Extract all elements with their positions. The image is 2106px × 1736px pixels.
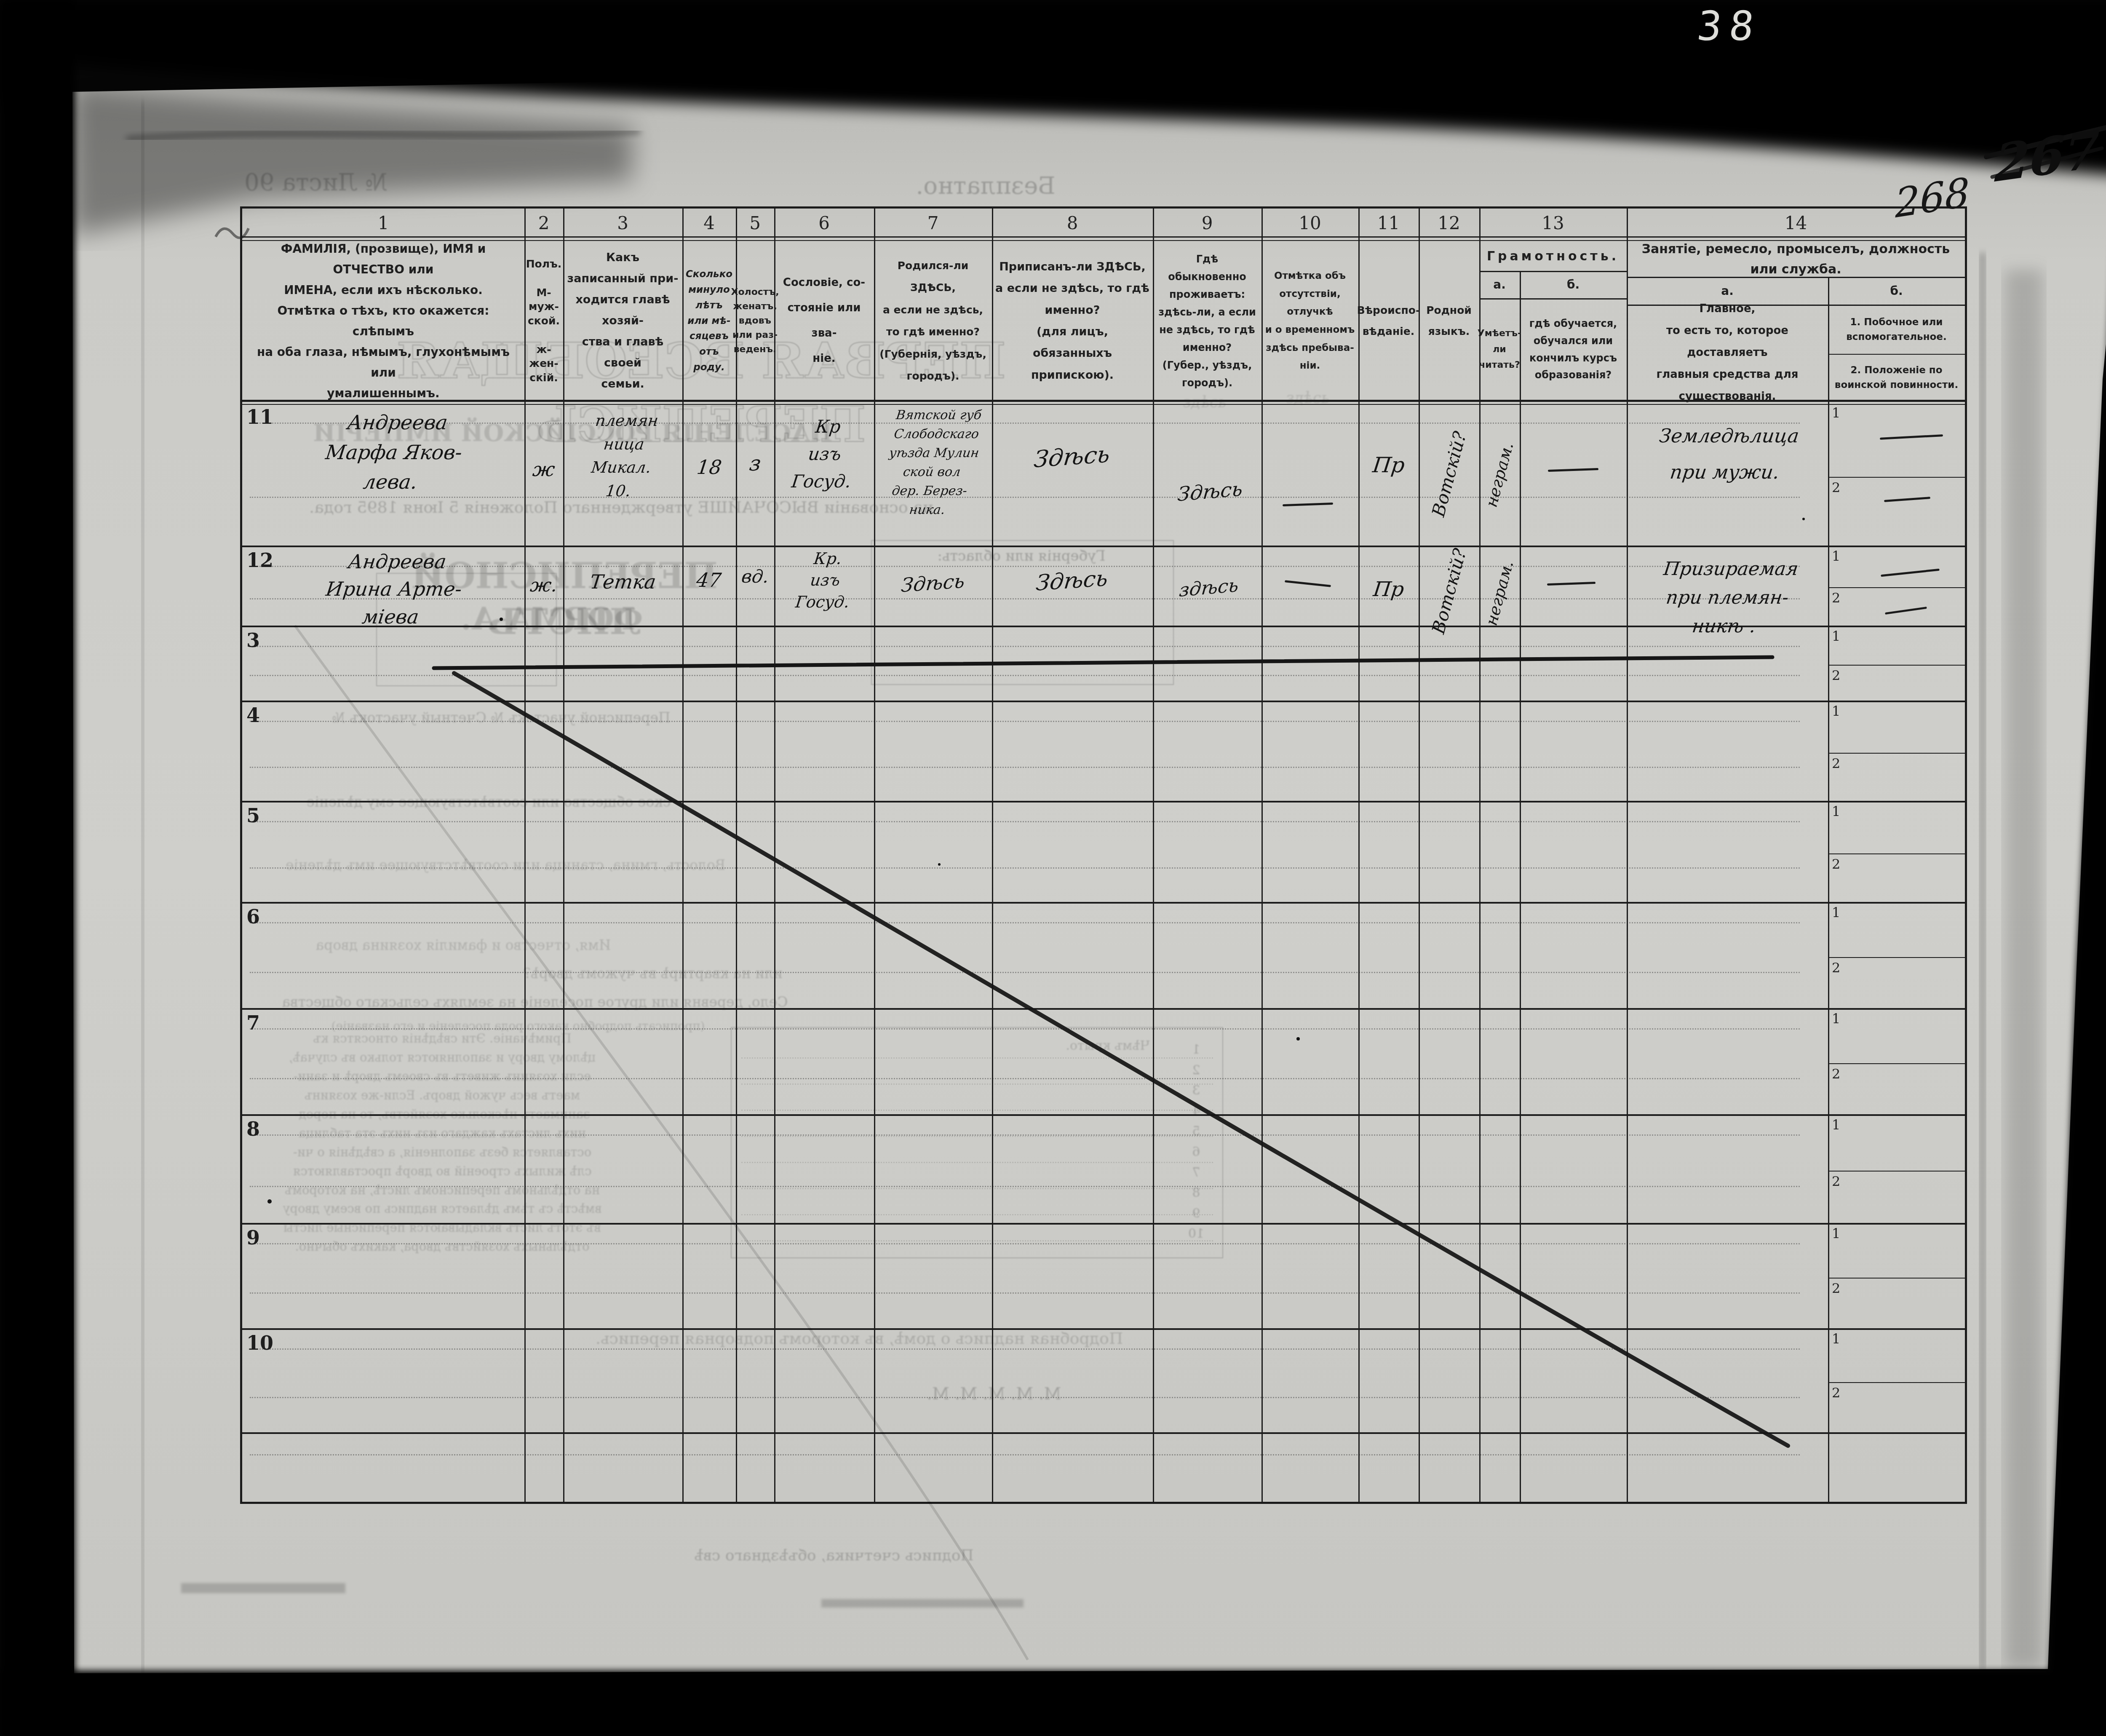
entry-11-estate: Кр изъ Госуд.	[772, 413, 877, 495]
table-column-line	[1358, 209, 1360, 1502]
table-row-line	[242, 236, 1965, 238]
entry-12-language: Вотскій?	[1377, 533, 1521, 649]
subrow-label-1: 1	[1832, 405, 1854, 421]
subrow-label-2: 2	[1832, 755, 1854, 771]
header-literacy-title: Грамотность.	[1483, 242, 1623, 271]
table-row-line	[242, 404, 1965, 405]
subrow-label-1: 1	[1832, 703, 1854, 719]
table-row-line	[1828, 587, 1965, 588]
table-column-line	[563, 209, 564, 1502]
stray-pen-squiggle	[216, 228, 249, 238]
column-number-4: 4	[682, 213, 736, 233]
page-number-strike	[1986, 126, 2106, 157]
header-name-column: ФАМИЛІЯ, (прозвище), ИМЯ и ОТЧЕСТВО или …	[246, 242, 521, 400]
table-column-line	[992, 209, 993, 1502]
folio-number: 268	[1895, 162, 1970, 234]
column-number-2: 2	[524, 213, 563, 233]
subrow-label-1: 1	[1832, 1117, 1854, 1133]
row-number-11: 11	[246, 406, 284, 428]
header-literacy-education: гдѣ обучается, обучался или кончилъ курс…	[1523, 299, 1623, 400]
table-row-line	[1828, 1278, 1965, 1279]
row-guide-dots	[250, 497, 1800, 498]
column-number-13: 13	[1479, 213, 1627, 233]
header-language-column: Родной языкъ.	[1422, 242, 1476, 400]
bleedthrough-box-0	[871, 540, 1174, 685]
entry-12-name: Андреева Ирина Арте- міева	[267, 548, 521, 631]
entry-11-registered: Здѣсь	[998, 434, 1146, 479]
entry-12-marital: вд.	[735, 563, 775, 590]
table-column-line	[874, 209, 875, 1502]
entry-11-name: Андреева Марфа Яков- лева.	[266, 408, 521, 498]
bleedthrough-fragment-14: (прописать подробно какого рода поселені…	[295, 1019, 741, 1034]
bleedthrough-table-row	[741, 1214, 1213, 1215]
bleedthrough-box-1	[376, 573, 557, 686]
entry-11-language: Вотскій?	[1377, 416, 1521, 532]
table-row-line	[1828, 853, 1965, 854]
black-backdrop	[0, 0, 2106, 1736]
bleedthrough-fragment-13: Село, деревня или другое поселеніе на зе…	[265, 993, 804, 1011]
bleedthrough-fragment-18: Подробная надпись о домѣ, въ которомъ по…	[484, 1328, 1234, 1349]
header-literacy-b-label: б.	[1523, 272, 1623, 298]
bleedthrough-table-row	[741, 1083, 1213, 1085]
bleedthrough-fragment-6: ФОРМА А.	[434, 599, 670, 639]
table-column-line	[524, 209, 526, 1502]
table-row-line	[242, 626, 1965, 627]
subrow-label-2: 2	[1832, 1173, 1854, 1189]
row-guide-dots	[250, 566, 1800, 567]
header-occupation-military: 2. Положеніе по воинской повинности.	[1831, 356, 1962, 400]
bleedthrough-fragment-8: Переписной участокъ № Счетный участокъ №	[265, 709, 737, 727]
subrow-label-2: 2	[1832, 960, 1854, 976]
subrow-label-1: 1	[1832, 548, 1854, 564]
row-number-9: 9	[246, 1226, 284, 1249]
row-guide-dots	[250, 972, 1800, 973]
bleedthrough-fragment-20: Подпись счетчика, объѣзднаго свѣ	[682, 1546, 986, 1566]
table-column-line	[1153, 209, 1154, 1502]
table-row-line	[1479, 271, 1627, 272]
table-row-line	[1828, 1171, 1965, 1172]
row-guide-dots	[250, 1028, 1800, 1030]
row-number-3: 3	[246, 629, 284, 652]
bleedthrough-fragment-22: здѣсь	[1260, 389, 1356, 409]
table-row-line	[242, 1223, 1965, 1225]
table-column-line	[1419, 209, 1420, 1502]
column-number-12: 12	[1419, 213, 1479, 233]
census-table: 1234567891011121314ФАМИЛІЯ, (прозвище), …	[0, 0, 2106, 1736]
table-row-line	[242, 902, 1965, 904]
entry-12-religion: Пр	[1359, 574, 1419, 605]
crossout-horizontal-line	[434, 657, 1772, 668]
row-number-6: 6	[246, 905, 284, 928]
entry-12-residence: здѣсь	[1157, 570, 1261, 607]
bleedthrough-fragment-10: Волость, гмина, станица или соотвѣтствую…	[265, 856, 746, 875]
entry-12-birthplace: Здѣсь	[874, 565, 992, 602]
table-column-line	[682, 209, 684, 1502]
column-number-9: 9	[1153, 213, 1261, 233]
subrow-label-1: 1	[1832, 904, 1854, 920]
bleedthrough-fragment-16: Чѣмъ крыто.	[1028, 1038, 1188, 1054]
table-row-line	[242, 1328, 1965, 1330]
header-literacy-reads: Умѣетъ- ли читать?	[1483, 299, 1516, 400]
entry-12-sex: ж.	[525, 572, 562, 599]
scan-background	[0, 0, 2106, 1736]
printer-imprint-smudge	[181, 1583, 345, 1593]
bleedthrough-fragment-11: Имя, отчество и фамилія хозяина двора	[265, 936, 661, 955]
entry-11-religion: Пр	[1358, 449, 1419, 481]
row-guide-dots	[250, 1348, 1800, 1350]
header-occupation-side: 1. Побочное или вспомогательное.	[1831, 306, 1962, 353]
crossout-diagonal-line	[454, 673, 1788, 1446]
header-birthplace-column: Родился-ли ЗДѢСЬ, а если не здѣсь, то гд…	[877, 242, 989, 400]
entry-11-residence: Здѣсь	[1159, 473, 1262, 511]
subrow-label-1: 1	[1832, 803, 1854, 819]
table-row-line	[242, 701, 1965, 702]
entry-12-education-dash	[1547, 582, 1596, 586]
ink-marks-layer	[0, 0, 2106, 1736]
header-occupation-title: Занятіе, ремесло, промыселъ, должность и…	[1630, 242, 1962, 277]
subrow-label-2: 2	[1832, 667, 1854, 683]
subrow-label-2: 2	[1832, 590, 1854, 606]
bleedthrough-fragment-4: на основаніи ВЫСОЧАЙШЕ утвержденнаго Пол…	[253, 497, 990, 518]
row-number-8: 8	[246, 1118, 284, 1140]
table-column-line	[774, 209, 775, 1502]
bleedthrough-fragment-9: ское общество или соотвѣтствующее ему дѣ…	[265, 793, 712, 811]
entry-11-absence-dash	[1283, 503, 1333, 506]
entry-12-occupation: Призираемая при племян- никѣ .	[1628, 555, 1827, 641]
entry-12-age: 47	[682, 566, 736, 595]
row-guide-dots	[250, 1243, 1800, 1244]
table-row-line	[1828, 354, 1965, 355]
subrow-label-1: 1	[1832, 1011, 1854, 1027]
bleedthrough-fragment-7: Губернія или область:	[885, 547, 1158, 565]
table-row-line	[242, 546, 1965, 547]
header-residence-column: Гдѣ обыкновенно проживаетъ: здѣсь-ли, а …	[1156, 242, 1258, 400]
bleedthrough-fragment-19: М. М. М. М. М.	[741, 1383, 1247, 1405]
row-guide-dots	[250, 821, 1800, 822]
column-number-8: 8	[992, 213, 1153, 233]
subrow-label-1: 1	[1832, 628, 1854, 644]
row-guide-dots	[250, 1292, 1800, 1294]
table-column-line	[1627, 209, 1628, 1502]
table-row-line	[1828, 1063, 1965, 1064]
bleedthrough-fragment-0: № Листа 90	[181, 168, 451, 198]
table-row-line	[1828, 665, 1965, 666]
entry-11-birthplace: Вятской губ Слободскаго уѣзда Мулин ской…	[869, 406, 997, 519]
table-column-line	[1520, 272, 1521, 1502]
annotation-layer: 38 267 268	[0, 0, 2106, 1736]
subrow-label-2: 2	[1832, 1280, 1854, 1296]
row-number-4: 4	[246, 704, 284, 727]
header-absence-column: Отмѣтка объ отсутствіи, отлучкѣ и о врем…	[1265, 242, 1355, 400]
bleedthrough-fragment-21: здѣсь	[1155, 393, 1255, 413]
top-shadow-band	[0, 0, 2106, 177]
microfilm-frame-number: 38	[1695, 3, 1764, 50]
subrow-label-2: 2	[1832, 1385, 1854, 1401]
table-row-line	[242, 1008, 1965, 1010]
column-number-11: 11	[1358, 213, 1419, 233]
row-guide-dots	[250, 1134, 1800, 1136]
entry-12-relation: Тетка	[563, 567, 683, 596]
header-literacy-a-label: а.	[1483, 272, 1516, 298]
subrow-label-2: 2	[1832, 479, 1854, 495]
column-number-6: 6	[774, 213, 874, 233]
bleedthrough-table-row	[741, 1057, 1213, 1059]
column-number-7: 7	[874, 213, 992, 233]
printer-imprint-smudge	[821, 1599, 1024, 1608]
bleedthrough-table-row	[741, 1188, 1213, 1189]
ink-speck	[500, 618, 503, 621]
header-estate-column: Сословіе, со- стояніе или зва- ніе.	[778, 242, 871, 400]
row-guide-dots	[250, 1454, 1800, 1455]
entry-11-literacy: неграм.	[1434, 428, 1565, 522]
table-row-line	[242, 240, 1965, 241]
row-guide-dots	[250, 767, 1800, 768]
row-guide-dots	[250, 721, 1800, 722]
paper-sheet	[72, 72, 2106, 1673]
header-religion-column: Вѣроиспо- вѣданіе.	[1362, 242, 1415, 400]
header-occupation-a-label: а.	[1630, 278, 1825, 305]
column-number-14: 14	[1627, 213, 1965, 233]
entry-12-estate: Кр. изъ Госуд.	[774, 548, 877, 613]
bleedthrough-table-row	[741, 1162, 1213, 1163]
subrow-label-1: 1	[1832, 1331, 1854, 1347]
header-marital-column: Холостъ, женатъ, вдовъ или раз- веденъ.	[739, 242, 771, 400]
table-row-line	[1828, 753, 1965, 754]
entry-11-occupation: Земледѣлица при мужи.	[1632, 418, 1822, 490]
row-guide-dots	[250, 1078, 1800, 1079]
row-number-7: 7	[246, 1011, 284, 1034]
bleedthrough-table-row	[741, 1110, 1213, 1111]
table-row-line	[242, 400, 1965, 402]
entry-11-marital: з	[735, 448, 775, 479]
table-column-line	[736, 209, 737, 1502]
bleedthrough-fragment-1: Безплатно.	[876, 171, 1095, 202]
entry-12-literacy: неграм.	[1432, 546, 1567, 641]
row-guide-dots	[250, 1397, 1800, 1398]
table-row-line	[1828, 957, 1965, 958]
row-guide-dots	[250, 1186, 1800, 1187]
row-guide-dots	[250, 922, 1800, 923]
bleedthrough-fragment-17: 1 2 3 4 5 6 7 8 9 10	[1179, 1040, 1213, 1244]
column-number-3: 3	[563, 213, 682, 233]
bleedthrough-diagonal	[295, 626, 1028, 1660]
row-guide-dots	[250, 598, 1800, 599]
row-number-5: 5	[246, 804, 284, 827]
bleedthrough-fragment-2: ПЕРВАЯ ВСЕОБЩАЯ ПЕРЕПИСЬ	[249, 329, 1154, 457]
entry-12-registered: Здѣсь	[996, 559, 1148, 602]
subrow-label-2: 2	[1832, 856, 1854, 872]
bleedthrough-fragment-15: Примѣчаніе. Эти свѣдѣнія относятся къ цѣ…	[270, 1029, 615, 1256]
table-row-line	[1828, 1382, 1965, 1383]
entry-11-sex: ж	[525, 455, 562, 484]
header-registration-column: Приписанъ-ли ЗДѢСЬ, а если не здѣсь, то …	[995, 242, 1149, 400]
column-number-5: 5	[736, 213, 774, 233]
entry-11-relation: племян ница Микал. 10.	[561, 409, 684, 503]
entry-12-side1-dash	[1881, 569, 1940, 577]
entry-11-side2-dash	[1884, 497, 1930, 502]
column-number-10: 10	[1261, 213, 1358, 233]
row-guide-dots	[250, 867, 1800, 869]
header-sex-column: Полъ. М-муж- ской. ж-жен- скій.	[528, 242, 560, 400]
subrow-label-1: 1	[1832, 1225, 1854, 1241]
folio-number-crossed: 267	[1994, 111, 2101, 203]
table-row-line	[1479, 298, 1627, 300]
subrow-label-2: 2	[1832, 1066, 1854, 1082]
table-row-line	[1627, 277, 1965, 278]
row-guide-dots	[250, 423, 1800, 424]
bleedthrough-table-row	[741, 1136, 1213, 1137]
bleedthrough-table-row	[741, 1240, 1213, 1241]
entry-11-education-dash	[1548, 468, 1598, 472]
table-row-line	[242, 801, 1965, 802]
row-guide-dots	[250, 646, 1800, 647]
bleedthrough-fragment-3: НАСЕЛЕНІЯ РОССІЙСКОЙ ИМПЕРІИ	[261, 418, 885, 449]
bleedthrough-layer: № Листа 90Безплатно.ПЕРВАЯ ВСЕОБЩАЯ ПЕРЕ…	[0, 0, 2106, 1736]
column-number-1: 1	[242, 213, 524, 233]
header-relation-column: Какъ записанный при- ходится главѣ хозяй…	[567, 242, 679, 400]
row-number-10: 10	[246, 1332, 284, 1354]
table-row-line	[1828, 477, 1965, 478]
entry-12-side2-dash	[1885, 607, 1927, 615]
table-row-line	[242, 1432, 1965, 1434]
header-occupation-main: Главное, то есть то, которое доставляетъ…	[1630, 305, 1825, 400]
table-column-line	[1261, 209, 1263, 1502]
table-column-line	[1828, 278, 1829, 1502]
bleedthrough-fragment-12: или на квартирѣ въ чужомъ дворѣ?	[463, 965, 842, 983]
bleedthrough-box-2	[731, 1027, 1223, 1258]
table-row-line	[242, 1114, 1965, 1116]
right-fold-line	[1980, 253, 1986, 1668]
left-fold-line	[142, 101, 144, 1672]
entry-12-absence-dash	[1285, 580, 1331, 587]
header-occupation-b-label: б.	[1831, 278, 1962, 305]
row-number-12: 12	[246, 549, 284, 572]
table-row-line	[1627, 305, 1965, 306]
table-column-line	[1479, 209, 1481, 1502]
entry-11-side1-dash	[1880, 434, 1943, 440]
entry-11-age: 18	[683, 453, 736, 482]
row-guide-dots	[250, 675, 1800, 676]
bleedthrough-fragment-5: ПЕРЕПИСНОЙ ЛИСТЪ	[350, 553, 779, 645]
header-age-column: Сколько минуло лѣтъ или мѣ- сяцевъ отъ р…	[686, 242, 732, 400]
table-frame: 1234567891011121314ФАМИЛІЯ, (прозвище), …	[240, 206, 1967, 1504]
